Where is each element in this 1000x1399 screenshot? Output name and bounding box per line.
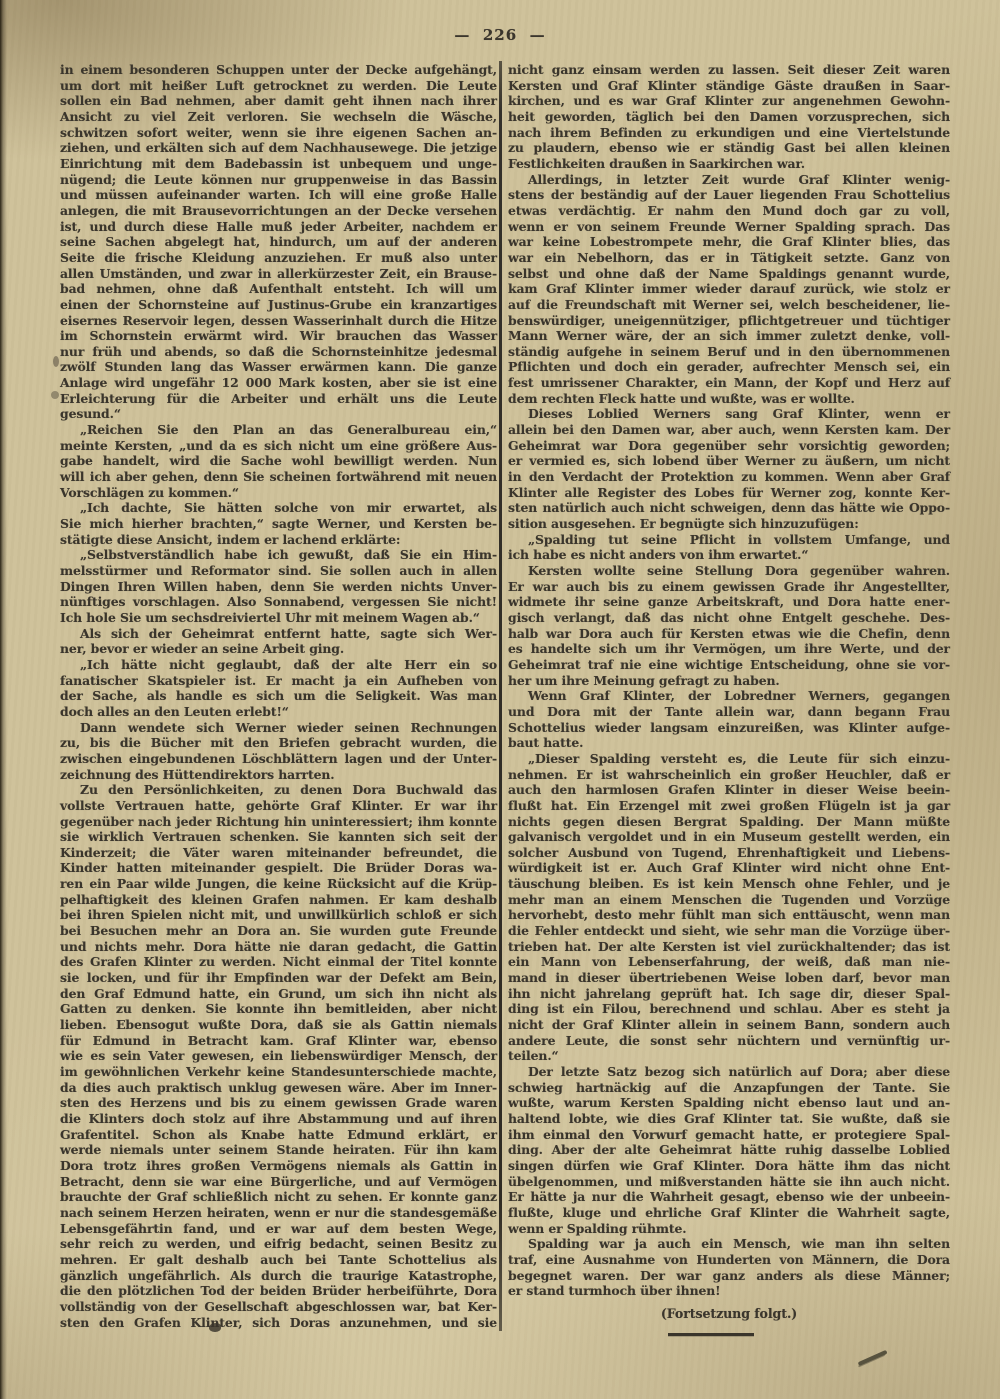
text-line: Dann wendete sich Werner wieder seinen R… (60, 720, 497, 736)
text-line: hervorhebt, desto mehr fühlt man sich en… (508, 907, 950, 923)
text-line: ren ein Paar wilde Jungen, die keine Rüc… (60, 876, 497, 892)
text-line: und nichts mehr. Dora hätte nie daran ge… (60, 939, 497, 955)
text-line: ding. Aber der alte Geheimrat hätte ruhi… (508, 1142, 950, 1158)
text-line: gabe handelt, wird die Sache wohl bewill… (60, 453, 497, 469)
text-line: schwitzen sofort weiter, wenn sie ihre e… (60, 125, 497, 141)
text-line: andere Leute, die sonst sehr nüchtern un… (508, 1033, 950, 1049)
text-line: Zu den Persönlichkeiten, zu denen Dora B… (60, 782, 497, 798)
text-line: Klinter alle Register des Lobes für Wern… (508, 485, 950, 501)
text-line: gegenüber nach jeder Richtung hin uninte… (60, 814, 497, 830)
text-line: singen dürfen wie Graf Klinter. Dora hät… (508, 1158, 950, 1174)
text-line: nicht ganz einsam werden zu lassen. Seit… (508, 62, 950, 78)
text-line: gisch verlangt, daß das nicht ohne Entge… (508, 610, 950, 626)
text-line: ner, bevor er wieder an seine Arbeit gin… (60, 641, 497, 657)
text-line: ist, und durch diese Halle muß jeder Arb… (60, 219, 497, 235)
text-line: eisernes Reservoir legen, dessen Wasseri… (60, 313, 497, 329)
text-line: trieben hat. Der alte Kersten ist viel z… (508, 939, 950, 955)
text-line: sehr reich zu werden, und eifrig bedacht… (60, 1236, 497, 1252)
text-line: Pflichten und doch ein gerader, aufrecht… (508, 359, 950, 375)
text-line: pelhaftigkeit des kleinen Grafen nahmen.… (60, 892, 497, 908)
text-line: Geheimrat war Dora gegenüber sehr vorsic… (508, 438, 950, 454)
text-line: auch den harmlosen Grafen Klinter in die… (508, 782, 950, 798)
text-line: würdigkeit ist er. Auch Graf Klinter wir… (508, 860, 950, 876)
book-page: — 226 — in einem besonderen Schuppen unt… (0, 0, 1000, 1399)
text-line: anlegen, die mit Brausevorrichtungen an … (60, 203, 497, 219)
text-line: stätigte diese Ansicht, indem er lachend… (60, 532, 497, 548)
text-line: Erleichterung für die Arbeiter und erhäl… (60, 391, 497, 407)
text-line: seine Sachen abgelegt hat, hindurch, um … (60, 234, 497, 250)
text-line: Gatten zu denken. Sie konnte ihn bemitle… (60, 1001, 497, 1017)
text-line: baut hatte. (508, 735, 950, 751)
text-line: den Graf Edmund hatte, ein Grund, um sic… (60, 986, 497, 1002)
text-line: heit geworden, täglich bei den Damen vor… (508, 109, 950, 125)
text-line: zwischen eingebundenen Löschblättern lag… (60, 751, 497, 767)
text-line: bei Besuchen mehr an Dora an. Sie wurden… (60, 923, 497, 939)
text-line: der Sache, als handle es sich um die Sel… (60, 688, 497, 704)
page-number: — 226 — (0, 26, 1000, 44)
text-line: vollste Vertrauen hatte, gehörte Graf Kl… (60, 798, 497, 814)
text-line: mehren. Er galt deshalb auch bei Tante S… (60, 1252, 497, 1268)
text-line: allen Umständen, und zwar in allerkürzes… (60, 266, 497, 282)
text-line: nicht der Graf Klinter allein in seinem … (508, 1017, 950, 1033)
column-divider (499, 61, 502, 1331)
text-line: es handelte sich um ihr Vermögen, um ihr… (508, 641, 950, 657)
text-line: allein bei den Damen war, aber auch, wen… (508, 422, 950, 438)
ink-blot (53, 356, 59, 367)
text-line: nehmen. Er ist wahrscheinlich ein großer… (508, 767, 950, 783)
text-line: ich habe es nicht anders von ihm erwarte… (508, 547, 950, 563)
text-line: wie es sein Vater gewesen, ein liebenswü… (60, 1048, 497, 1064)
text-line: flußte, kluge und ehrliche Graf Klinter … (508, 1205, 950, 1221)
text-line: doch alles an den Leuten erlebt!“ (60, 704, 497, 720)
text-line: selbst und ohne daß der Name Spaldings g… (508, 266, 950, 282)
text-line: her um ihre Meinung gefragt zu haben. (508, 673, 950, 689)
text-line: für Edmund in Betracht kam. Graf Klinter… (60, 1033, 497, 1049)
text-line: haltend lobte, wie dies Graf Klinter tat… (508, 1111, 950, 1127)
ink-blot (51, 391, 59, 399)
text-line: vollständig von der Gesellschaft abgesch… (60, 1299, 497, 1315)
text-line: gänzlich ungefährlich. Als durch die tra… (60, 1268, 497, 1284)
text-line: war keine Lobestrompete mehr, die Graf K… (508, 234, 950, 250)
text-line: melsstürmer und Reformator sind. Sie sol… (60, 563, 497, 579)
text-line: benswürdiger, uneigennütziger, pflichtge… (508, 313, 950, 329)
text-line: er stand turmhoch über ihnen! (508, 1283, 950, 1299)
text-line: Dora trotz ihres großen Vermögens niemal… (60, 1158, 497, 1174)
text-line: sten den Grafen Klinter, sich Doras anzu… (60, 1315, 497, 1331)
text-line: und müssen aufeinander warten. Ich will … (60, 187, 497, 203)
text-line: werde niemals unter seinem Stande heirat… (60, 1142, 497, 1158)
text-line: Einrichtung mit dem Badebassin ist unbeq… (60, 156, 497, 172)
text-line: nach ihrem Befinden zu erkundigen und ei… (508, 125, 950, 141)
text-line: Sie mich hierher brachten,“ sagte Werner… (60, 516, 497, 532)
text-line: ziehen, und erkälten sich auf dem Nachha… (60, 140, 497, 156)
text-line: Mann Werner wäre, der an sich immer zule… (508, 328, 950, 344)
text-line: Schottelius wieder langsam einzureißen, … (508, 720, 950, 736)
text-line: die Klinters doch stolz auf ihre Abstamm… (60, 1111, 497, 1127)
text-line: Grafentitel. Schon als Knabe hatte Edmun… (60, 1127, 497, 1143)
text-line: nichts gegen diesen Bergrat Spalding. De… (508, 814, 950, 830)
text-line: Kinder hatten miteinander gespielt. Die … (60, 860, 497, 876)
text-line: Als sich der Geheimrat entfernt hatte, s… (60, 626, 497, 642)
text-line: galvanisch vergoldet und in ein Museum g… (508, 829, 950, 845)
text-line: Wenn Graf Klinter, der Lobredner Werners… (508, 688, 950, 704)
text-line: Kinderzeit; die Väter waren miteinander … (60, 845, 497, 861)
text-line: da dies auch praktisch unklug gewesen wä… (60, 1080, 497, 1096)
text-line: „Dieser Spalding versteht es, die Leute … (508, 751, 950, 767)
text-line: will ich aber gehen, denn Sie scheinen f… (60, 469, 497, 485)
text-column-right-lines: nicht ganz einsam werden zu lassen. Seit… (508, 62, 950, 1299)
text-line: sten natürlich auch nicht schweigen, den… (508, 500, 950, 516)
text-line: wenn er von seinem Freunde Werner Spaldi… (508, 219, 950, 235)
text-line: „Ich dachte, Sie hätten solche von mir e… (60, 500, 497, 516)
text-line: Anlage wird ungefähr 12 000 Mark kosten,… (60, 375, 497, 391)
text-line: „Selbstverständlich habe ich gewußt, daß… (60, 547, 497, 563)
text-line: zwölf Stunden lang das Wasser erwärmen k… (60, 359, 497, 375)
text-line: nügend; die Leute können nur gruppenweis… (60, 172, 497, 188)
text-line: Lebensgefährtin fand, und er war auf dem… (60, 1221, 497, 1237)
text-line: nach seinem Herzen heiraten, wenn er nur… (60, 1205, 497, 1221)
text-line: im gewöhnlichen Verkehr keine Standesunt… (60, 1064, 497, 1080)
text-line: wußte, warum Kersten Spalding nicht eben… (508, 1095, 950, 1111)
text-line: Seite die frische Kleidung anzuziehen. E… (60, 250, 497, 266)
text-line: ihm einmal den Vorwurf gemacht hatte, er… (508, 1127, 950, 1143)
text-line: mand in dieser übertriebenen Weise loben… (508, 970, 950, 986)
text-line: um dort mit heißer Luft getrocknet zu we… (60, 78, 497, 94)
text-line: ihn nicht jahrelang geprüft hat. Ich sag… (508, 986, 950, 1002)
text-line: Er hätte ja nur die Wahrheit gesagt, ebe… (508, 1189, 950, 1205)
text-column-right: nicht ganz einsam werden zu lassen. Seit… (508, 62, 950, 1336)
text-line: stens der beständig auf der Lauer liegen… (508, 187, 950, 203)
text-line: in den Verdacht der Protektion zu kommen… (508, 469, 950, 485)
text-line: Vorschlägen zu kommen.“ (60, 485, 497, 501)
text-line: fanatischer Skatspieler ist. Er macht ja… (60, 673, 497, 689)
text-line: zeichnung des Hüttendirektors harrten. (60, 767, 497, 783)
text-line: solcher Ausbund von Tugend, Ehrenhaftigk… (508, 845, 950, 861)
text-line: halb war Dora auch für Kersten etwas wie… (508, 626, 950, 642)
text-line: flußt hat. Ein Erzengel mit zwei großen … (508, 798, 950, 814)
text-line: im Schornstein erwärmt wird. Wir brauche… (60, 328, 497, 344)
text-line: lieben. Ebensogut wußte Dora, daß sie al… (60, 1017, 497, 1033)
text-line: des Grafen Klinter zu werden. Nicht einm… (60, 954, 497, 970)
text-column-left: in einem besonderen Schuppen unter der D… (60, 62, 497, 1330)
text-line: Kersten wollte seine Stellung Dora gegen… (508, 563, 950, 579)
text-line: schwieg hartnäckig auf die Anzapfungen d… (508, 1080, 950, 1096)
text-line: sollen ein Bad nehmen, aber damit geht i… (60, 93, 497, 109)
pen-mark (858, 1350, 888, 1366)
text-line: auf die Freundschaft mit Werner sei, wel… (508, 297, 950, 313)
text-line: dem rechten Fleck hatte und wußte, was e… (508, 391, 950, 407)
text-line: die den plötzlichen Tod der beiden Brüde… (60, 1283, 497, 1299)
text-line: ding ist ein Filou, berechnend und schla… (508, 1001, 950, 1017)
text-line: ständig aufgehe in seinem Beruf und in d… (508, 344, 950, 360)
text-line: Betracht, denn sie war eine Bürgerliche,… (60, 1174, 497, 1190)
text-line: Geheimrat traf nie eine wichtige Entsche… (508, 657, 950, 673)
text-line: Kersten und Graf Klinter ständige Gäste … (508, 78, 950, 94)
text-line: Allerdings, in letzter Zeit wurde Graf K… (508, 172, 950, 188)
text-line: zu, bis die Bücher mit den Briefen gebra… (60, 735, 497, 751)
text-line: bad nehmen, ohne daß Aufenthalt entsteht… (60, 281, 497, 297)
text-line: brauchte der Graf schließlich nicht zu s… (60, 1189, 497, 1205)
text-line: meinte Kersten, „und da es sich nicht um… (60, 438, 497, 454)
text-line: Spalding war ja auch ein Mensch, wie man… (508, 1236, 950, 1252)
text-line: und Dora mit der Tante allein war, dann … (508, 704, 950, 720)
text-line: traf, eine Ausnahme von Hunderten von Mä… (508, 1252, 950, 1268)
text-line: täuschung bleiben. Es ist kein Mensch oh… (508, 876, 950, 892)
text-line: war ein Nebelhorn, das er in Tätigkeit s… (508, 250, 950, 266)
text-line: kam Graf Klinter immer wieder darauf zur… (508, 281, 950, 297)
text-line: übelgenommen, und mißverstanden hätte si… (508, 1174, 950, 1190)
text-line: die Fehler entdeckt und sieht, wie sehr … (508, 923, 950, 939)
text-line: Dieses Loblied Werners sang Graf Klinter… (508, 406, 950, 422)
text-line: Ansicht zu viel Zeit verloren. Sie wechs… (60, 109, 497, 125)
continuation-notice: (Fortsetzung folgt.) (508, 1306, 950, 1322)
text-line: teilen.“ (508, 1048, 950, 1064)
text-line: sten des Herzens und bis zu einem gewiss… (60, 1095, 497, 1111)
text-line: zu plaudern, ebenso wie er ständig Gast … (508, 140, 950, 156)
text-line: fest umrissener Charakter, ein Mann, der… (508, 375, 950, 391)
text-line: nur früh und abends, so daß die Schornst… (60, 344, 497, 360)
text-line: Festlichkeiten draußen in Saarkirchen wa… (508, 156, 950, 172)
text-line: sition ausgesehen. Er begnügte sich hinz… (508, 516, 950, 532)
text-line: kirchen, und es war Graf Klinter zur ang… (508, 93, 950, 109)
text-line: sie locken, und für ihr Empfinden war de… (60, 970, 497, 986)
ink-blot (209, 1323, 221, 1332)
text-line: er vermied es, sich lobend über Werner z… (508, 453, 950, 469)
text-line: gesund.“ (60, 406, 497, 422)
text-line: in einem besonderen Schuppen unter der D… (60, 62, 497, 78)
text-line: Der letzte Satz bezog sich natürlich auf… (508, 1064, 950, 1080)
text-line: einen der Schornsteine auf Justinus-Grub… (60, 297, 497, 313)
text-line: „Spalding tut seine Pflicht in vollstem … (508, 532, 950, 548)
text-line: mehr man an einem Menschen die Tugenden … (508, 892, 950, 908)
text-line: nünftiges vorschlagen. Also Sonnabend, v… (60, 594, 497, 610)
text-line: ein Mann von Lebenserfahrung, der weiß, … (508, 954, 950, 970)
section-end-rule (668, 1333, 754, 1336)
text-line: „Reichen Sie den Plan an das Generalbure… (60, 422, 497, 438)
text-line: Ich hole Sie um sechsdreiviertel Uhr mit… (60, 610, 497, 626)
text-line: Er war auch bis zu einem gewissen Grade … (508, 579, 950, 595)
text-line: begegnet waren. Der war ganz anders als … (508, 1268, 950, 1284)
text-line: sie wirklich Vertrauen schenken. Sie kan… (60, 829, 497, 845)
text-line: „Ich hätte nicht geglaubt, daß der alte … (60, 657, 497, 673)
text-line: Dingen Ihren Willen haben, denn Sie werd… (60, 579, 497, 595)
text-line: widmete ihr seine ganze Arbeitskraft, un… (508, 594, 950, 610)
text-line: bei ihren Spielen nicht mit, und unwillk… (60, 907, 497, 923)
text-line: wenn er Spalding rühmte. (508, 1221, 950, 1237)
text-line: etwas verdächtig. Er nahm den Mund doch … (508, 203, 950, 219)
